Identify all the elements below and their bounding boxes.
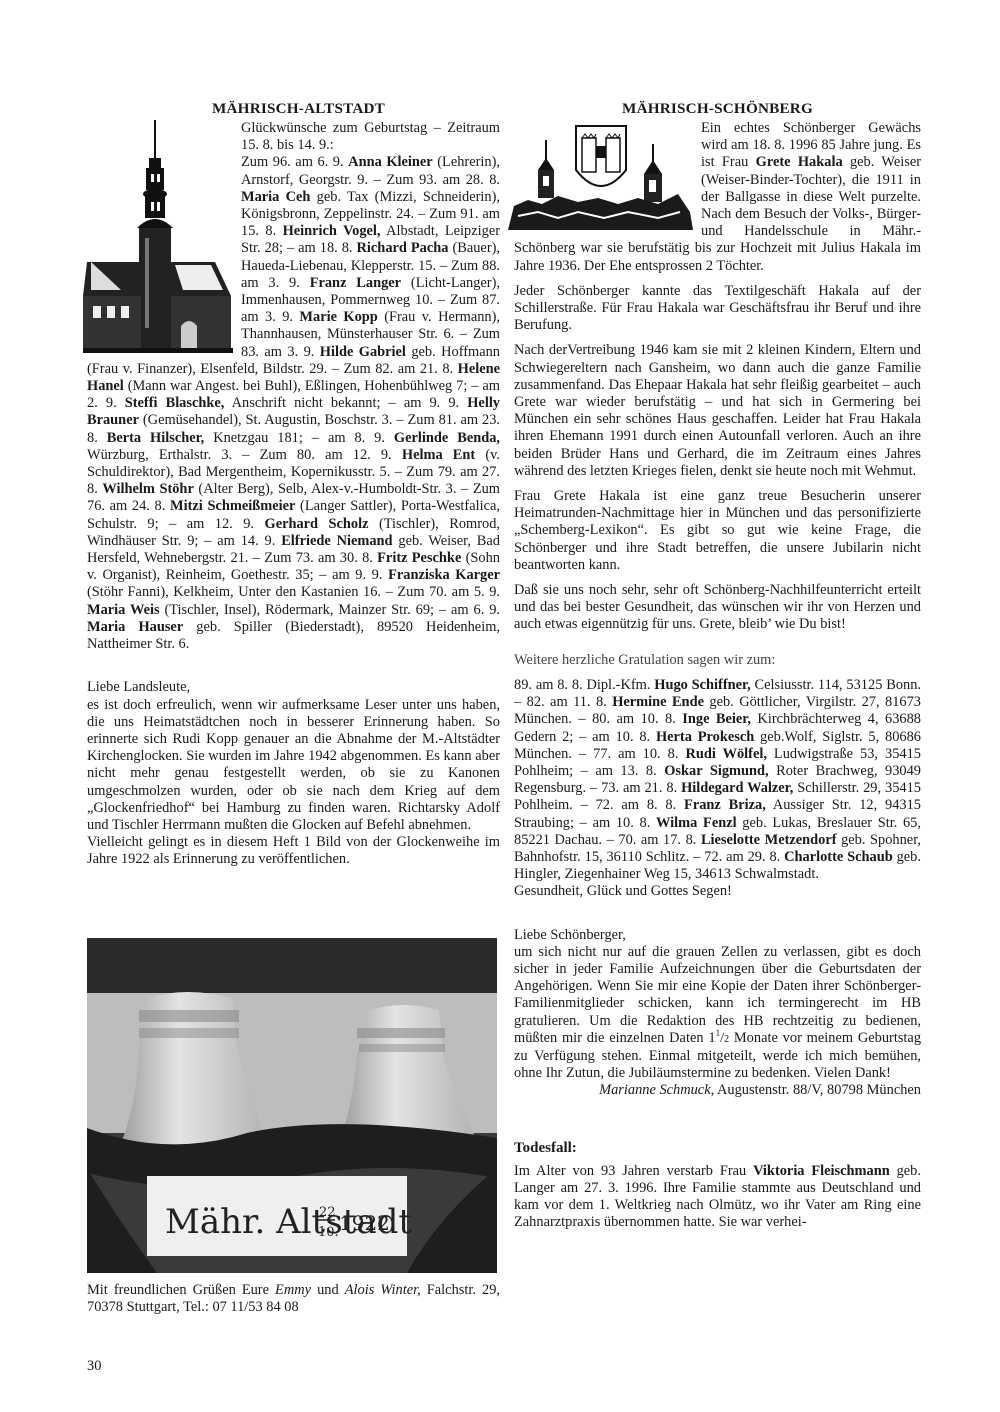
letter-body-schoenberg: um sich nicht nur auf die grauen Zellen … (514, 944, 921, 1083)
person-name: Oskar Sigmund, (664, 763, 768, 779)
left-column: MÄHRISCH-ALTSTADT Glückwünsche zum Gebur… (87, 100, 500, 869)
person-name: Heinrich Vogel, (283, 223, 381, 239)
person-name: Gerlinde Benda, (394, 430, 500, 446)
person-name: Hugo Schiffner, (654, 677, 750, 693)
birthday-list-schoenberg: 89. am 8. 8. Dipl.-Kfm. Hugo Schiffner, … (514, 677, 921, 883)
person-name: Mitzi Schmeißmeier (170, 498, 295, 514)
person-name: Maria Ceh (241, 189, 310, 205)
letter-body: es ist doch erfreulich, wenn wir aufmerk… (87, 697, 500, 835)
person-name: Charlotte Schaub (784, 849, 893, 865)
right-column: MÄHRISCH-SCHÖNBERG Ein echtes Schönberge… (514, 100, 921, 1232)
person-name: Helma Ent (402, 447, 475, 463)
person-name: Hilde Gabriel (320, 344, 406, 360)
letter-salutation-schoenberg: Liebe Schönberger, (514, 927, 921, 944)
person-name: Elfriede Niemand (281, 533, 392, 549)
person-name: Berta Hilscher, (107, 430, 205, 446)
person-name: Maria Hauser (87, 619, 183, 635)
jubilee-paragraph-2: Jeder Schönberger kannte das Textilgesch… (514, 283, 921, 335)
svg-text:22: 22 (319, 1205, 336, 1220)
svg-text:1922.: 1922. (339, 1211, 396, 1235)
person-name: Franz Langer (310, 275, 401, 291)
person-name: Anna Kleiner (348, 154, 433, 170)
person-name: Herta Prokesch (656, 729, 754, 745)
jubilee-paragraph-3: Nach derVertreibung 1946 kam sie mit 2 k… (514, 342, 921, 480)
jubilee-paragraph-4: Frau Grete Hakala ist eine ganz treue Be… (514, 488, 921, 574)
svg-text:10.: 10. (318, 1225, 339, 1240)
person-name: Rudi Wölfel, (685, 746, 767, 762)
section-heading-schoenberg: MÄHRISCH-SCHÖNBERG (514, 100, 921, 118)
blessing: Gesundheit, Glück und Gottes Segen! (514, 883, 921, 900)
person-name: Inge Beier, (682, 711, 751, 727)
letter-body-2: Vielleicht gelingt es in diesem Heft 1 B… (87, 834, 500, 868)
bells-photo: Mähr. Altstadt 22 10. 1922. (87, 938, 497, 1273)
page-number: 30 (87, 1358, 101, 1375)
person-name: Richard Pacha (357, 240, 449, 256)
person-name: Lieselotte Metzendorf (701, 832, 837, 848)
photo-caption: Mit freundlichen Grüßen Eure Emmy und Al… (87, 1282, 500, 1316)
deceased-name: Viktoria Fleischmann (753, 1163, 890, 1179)
person-name: Gerhard Scholz (265, 516, 369, 532)
person-name: Marie Kopp (299, 309, 377, 325)
jubilarin-name: Grete Hakala (756, 154, 843, 170)
person-name: Steffi Blaschke, (125, 395, 225, 411)
obituary-heading: Todesfall: (514, 1140, 921, 1157)
jubilee-paragraph-5: Daß sie uns noch sehr, sehr oft Schönber… (514, 582, 921, 634)
obituary-text: Im Alter von 93 Jahren verstarb Frau Vik… (514, 1163, 921, 1232)
person-name: Maria Weis (87, 602, 160, 618)
person-name: Hermine Ende (612, 694, 704, 710)
person-name: Fritz Peschke (377, 550, 461, 566)
person-name: Wilhelm Stöhr (102, 481, 193, 497)
person-name: Hildegard Walzer, (681, 780, 793, 796)
town-hall-tower-icon (83, 120, 233, 355)
signature: Marianne Schmuck, Augustenstr. 88/V, 807… (514, 1082, 921, 1099)
more-congratulations-intro: Weitere herzliche Gratulation sagen wir … (514, 652, 921, 669)
person-name: Wilma Fenzl (656, 815, 737, 831)
town-skyline-coat-of-arms-icon (508, 120, 693, 232)
letter-salutation: Liebe Landsleute, (87, 679, 500, 696)
person-name: Franz Briza, (684, 797, 766, 813)
section-heading-altstadt: MÄHRISCH-ALTSTADT (87, 100, 500, 118)
person-name: Franziska Karger (388, 567, 500, 583)
